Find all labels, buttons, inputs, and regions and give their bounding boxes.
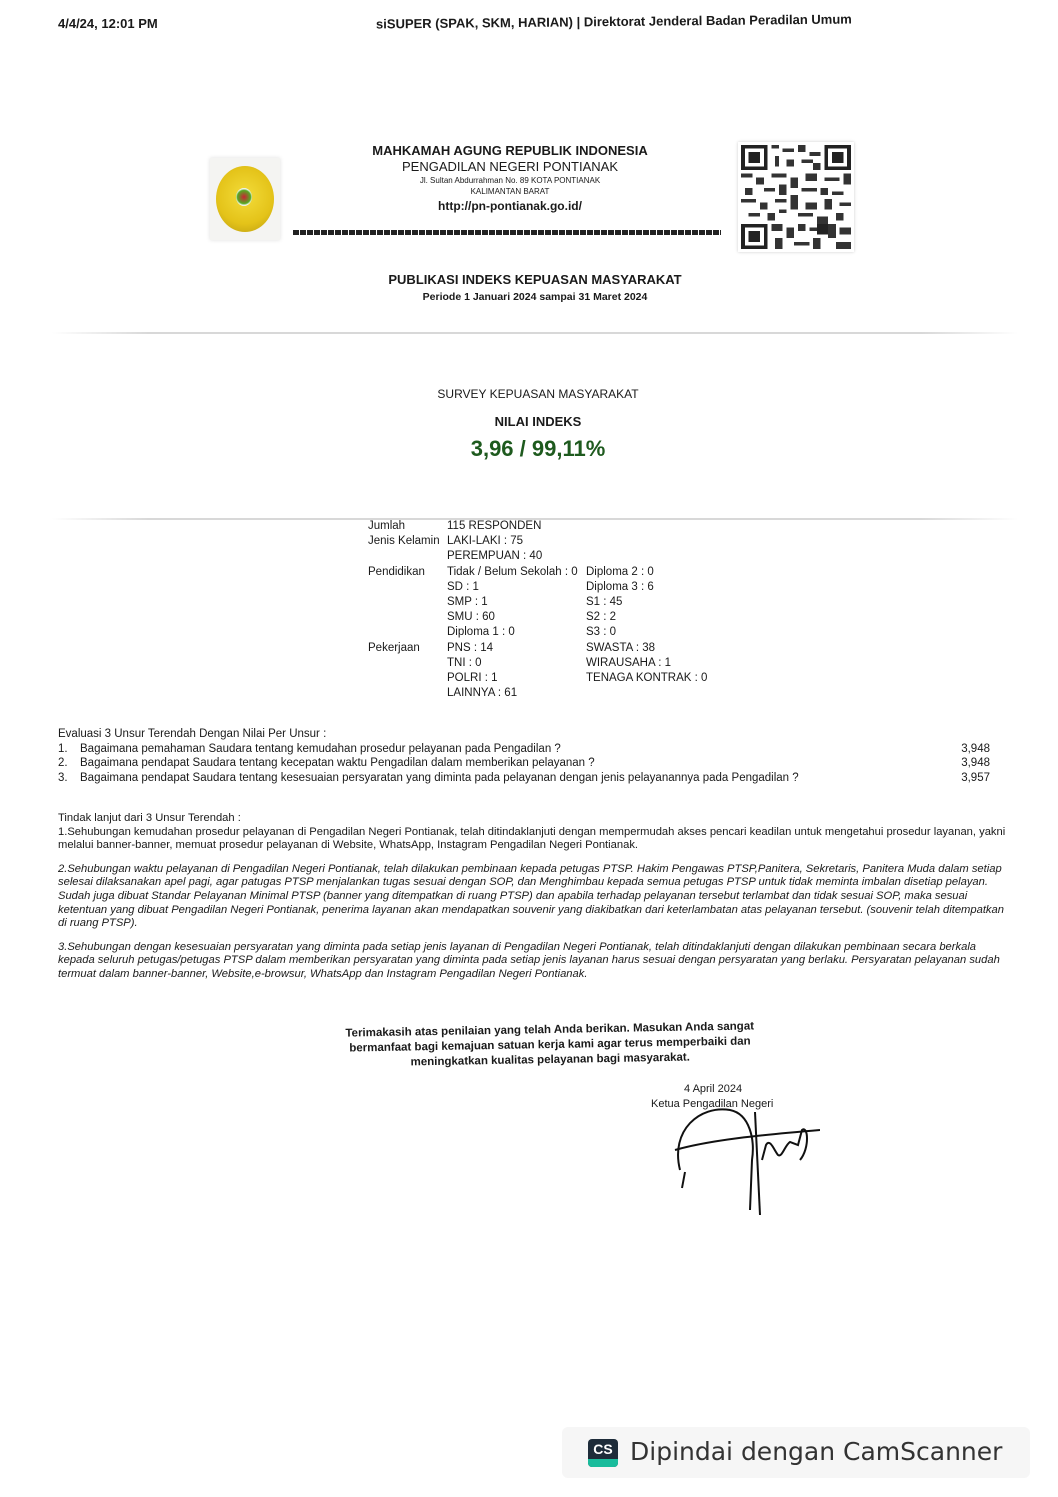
education-item: Diploma 3 : 6 xyxy=(586,580,707,595)
camscanner-text: Dipindai dengan CamScanner xyxy=(630,1437,1002,1466)
education-item: SD : 1 xyxy=(447,580,586,595)
education-item: Diploma 1 : 0 xyxy=(447,625,586,640)
qr-code-icon xyxy=(738,142,854,252)
evaluation-row: 3. Bagaimana pendapat Saudara tentang ke… xyxy=(58,771,990,786)
index-label: NILAI INDEKS xyxy=(380,414,696,429)
follow-up-item: 2.Sehubungan waktu pelayanan di Pengadil… xyxy=(58,863,1008,931)
evaluation-score: 3,948 xyxy=(950,756,990,771)
education-item: SMP : 1 xyxy=(447,595,586,610)
job-item: TNI : 0 xyxy=(447,656,586,671)
publication-period: Periode 1 Januari 2024 sampai 31 Maret 2… xyxy=(300,291,770,303)
job-item: TENAGA KONTRAK : 0 xyxy=(586,671,707,686)
follow-up-section: Tindak lanjut dari 3 Unsur Terendah : 1.… xyxy=(58,812,1008,992)
evaluation-row: 2. Bagaimana pendapat Saudara tentang ke… xyxy=(58,756,990,771)
job-item: PNS : 14 xyxy=(447,641,586,656)
signature-date: 4 April 2024 xyxy=(684,1083,742,1095)
publication-title: PUBLIKASI INDEKS KEPUASAN MASYARAKAT xyxy=(300,272,770,287)
signature-icon xyxy=(670,1100,820,1220)
education-item: SMU : 60 xyxy=(447,610,586,625)
letterhead-website: http://pn-pontianak.go.id/ xyxy=(300,199,720,213)
survey-title: SURVEY KEPUASAN MASYARAKAT xyxy=(380,387,696,401)
section-divider xyxy=(52,332,1018,334)
letterhead-address: Jl. Sultan Abdurrahman No. 89 KOTA PONTI… xyxy=(300,176,720,185)
letterhead-divider xyxy=(293,230,721,235)
letterhead-institution: MAHKAMAH AGUNG REPUBLIK INDONESIA xyxy=(300,143,720,158)
evaluation-number: 3. xyxy=(58,771,80,786)
letterhead-province: KALIMANTAN BARAT xyxy=(300,187,720,196)
gender-male: LAKI-LAKI : 75 xyxy=(447,534,586,549)
print-page-title: siSUPER (SPAK, SKM, HARIAN) | Direktorat… xyxy=(376,12,852,32)
index-value: 3,96 / 99,11% xyxy=(380,436,696,462)
follow-up-item: 1.Sehubungan kemudahan prosedur pelayana… xyxy=(58,826,1008,853)
education-item: Tidak / Belum Sekolah : 0 xyxy=(447,565,586,580)
education-item: Diploma 2 : 0 xyxy=(586,565,707,580)
job-item: LAINNYA : 61 xyxy=(447,686,586,701)
education-item: S3 : 0 xyxy=(586,625,707,640)
court-seal-emblem-icon xyxy=(236,188,252,206)
job-label: Pekerjaan xyxy=(368,641,447,656)
evaluation-question: Bagaimana pendapat Saudara tentang kecep… xyxy=(80,756,950,771)
evaluation-heading: Evaluasi 3 Unsur Terendah Dengan Nilai P… xyxy=(58,727,990,742)
education-item: S1 : 45 xyxy=(586,595,707,610)
education-item: S2 : 2 xyxy=(586,610,707,625)
jumlah-label: Jumlah xyxy=(368,519,447,534)
evaluation-section: Evaluasi 3 Unsur Terendah Dengan Nilai P… xyxy=(58,727,990,785)
evaluation-question: Bagaimana pendapat Saudara tentang keses… xyxy=(80,771,950,786)
evaluation-score: 3,957 xyxy=(950,771,990,786)
jumlah-value: 115 RESPONDEN xyxy=(447,519,707,534)
evaluation-number: 2. xyxy=(58,756,80,771)
thank-you-note: Terimakasih atas penilaian yang telah An… xyxy=(320,1019,781,1072)
job-item: POLRI : 1 xyxy=(447,671,586,686)
respondent-stats: Jumlah 115 RESPONDEN Jenis Kelamin LAKI-… xyxy=(368,519,707,701)
gender-female: PEREMPUAN : 40 xyxy=(447,549,586,564)
evaluation-row: 1. Bagaimana pemahaman Saudara tentang k… xyxy=(58,742,990,757)
evaluation-number: 1. xyxy=(58,742,80,757)
education-label: Pendidikan xyxy=(368,565,447,580)
evaluation-question: Bagaimana pemahaman Saudara tentang kemu… xyxy=(80,742,950,757)
job-item: SWASTA : 38 xyxy=(586,641,707,656)
gender-label: Jenis Kelamin xyxy=(368,534,447,549)
follow-up-item: 3.Sehubungan dengan kesesuaian persyarat… xyxy=(58,941,1008,982)
letterhead-court-name: PENGADILAN NEGERI PONTIANAK xyxy=(300,159,720,174)
follow-up-heading: Tindak lanjut dari 3 Unsur Terendah : xyxy=(58,812,1008,826)
job-item: WIRAUSAHA : 1 xyxy=(586,656,707,671)
print-datetime: 4/4/24, 12:01 PM xyxy=(58,16,158,31)
camscanner-logo-icon: CS xyxy=(588,1439,618,1467)
evaluation-score: 3,948 xyxy=(950,742,990,757)
